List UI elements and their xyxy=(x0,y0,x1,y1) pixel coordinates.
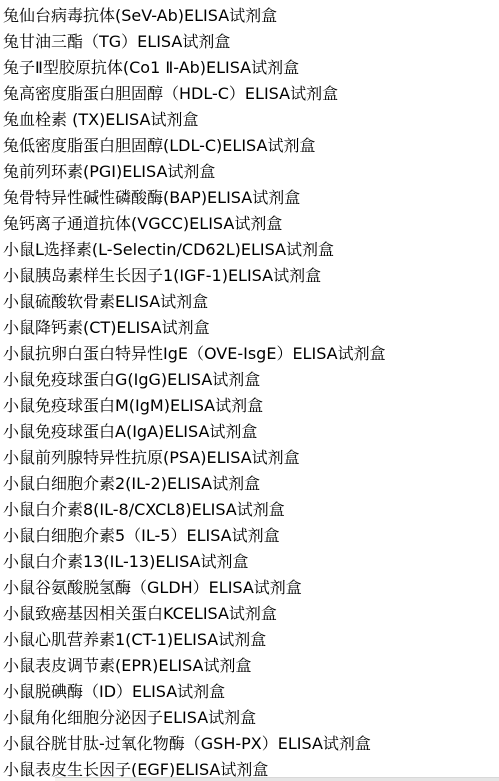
list-item: 小鼠白细胞介素5（IL-5）ELISA试剂盒 xyxy=(3,523,499,549)
product-link[interactable]: 小鼠脱碘酶（ID）ELISA试剂盒 xyxy=(3,682,225,701)
product-link[interactable]: 兔子Ⅱ型胶原抗体(Co1 Ⅱ-Ab)ELISA试剂盒 xyxy=(3,58,299,77)
product-link[interactable]: 小鼠免疫球蛋白M(IgM)ELISA试剂盒 xyxy=(3,396,263,415)
list-item: 小鼠脱碘酶（ID）ELISA试剂盒 xyxy=(3,679,499,705)
product-link[interactable]: 兔血栓素 (TX)ELISA试剂盒 xyxy=(3,110,198,129)
list-item: 小鼠抗卵白蛋白特异性IgE（OVE-IsgE）ELISA试剂盒 xyxy=(3,341,499,367)
product-link[interactable]: 小鼠白介素8(IL-8/CXCL8)ELISA试剂盒 xyxy=(3,500,285,519)
product-link[interactable]: 小鼠前列腺特异性抗原(PSA)ELISA试剂盒 xyxy=(3,448,300,467)
product-list: 兔仙台病毒抗体(SeV-Ab)ELISA试剂盒兔甘油三酯（TG）ELISA试剂盒… xyxy=(0,0,499,781)
product-link[interactable]: 小鼠降钙素(CT)ELISA试剂盒 xyxy=(3,318,210,337)
product-link[interactable]: 兔骨特异性碱性磷酸酶(BAP)ELISA试剂盒 xyxy=(3,188,300,207)
list-item: 小鼠免疫球蛋白M(IgM)ELISA试剂盒 xyxy=(3,393,499,419)
list-item: 小鼠胰岛素样生长因子1(IGF-1)ELISA试剂盒 xyxy=(3,263,499,289)
list-item: 小鼠前列腺特异性抗原(PSA)ELISA试剂盒 xyxy=(3,445,499,471)
product-link[interactable]: 小鼠免疫球蛋白G(IgG)ELISA试剂盒 xyxy=(3,370,260,389)
product-link[interactable]: 兔高密度脂蛋白胆固醇（HDL-C）ELISA试剂盒 xyxy=(3,84,338,103)
list-item: 兔前列环素(PGI)ELISA试剂盒 xyxy=(3,159,499,185)
list-item: 小鼠硫酸软骨素ELISA试剂盒 xyxy=(3,289,499,315)
product-link[interactable]: 小鼠角化细胞分泌因子ELISA试剂盒 xyxy=(3,708,256,727)
list-item: 兔仙台病毒抗体(SeV-Ab)ELISA试剂盒 xyxy=(3,3,499,29)
product-link[interactable]: 小鼠致癌基因相关蛋白KCELISA试剂盒 xyxy=(3,604,277,623)
list-item: 小鼠白细胞介素2(IL-2)ELISA试剂盒 xyxy=(3,471,499,497)
list-item: 兔血栓素 (TX)ELISA试剂盒 xyxy=(3,107,499,133)
horizontal-scrollbar[interactable] xyxy=(55,777,499,781)
list-item: 小鼠谷胱甘肽-过氧化物酶（GSH-PX）ELISA试剂盒 xyxy=(3,731,499,757)
list-item: 兔骨特异性碱性磷酸酶(BAP)ELISA试剂盒 xyxy=(3,185,499,211)
product-link[interactable]: 小鼠心肌营养素1(CT-1)ELISA试剂盒 xyxy=(3,630,266,649)
list-item: 兔高密度脂蛋白胆固醇（HDL-C）ELISA试剂盒 xyxy=(3,81,499,107)
list-item: 兔钙离子通道抗体(VGCC)ELISA试剂盒 xyxy=(3,211,499,237)
list-item: 小鼠白介素13(IL-13)ELISA试剂盒 xyxy=(3,549,499,575)
list-item: 小鼠谷氨酸脱氢酶（GLDH）ELISA试剂盒 xyxy=(3,575,499,601)
product-link[interactable]: 兔仙台病毒抗体(SeV-Ab)ELISA试剂盒 xyxy=(3,6,277,25)
product-link[interactable]: 兔低密度脂蛋白胆固醇(LDL-C)ELISA试剂盒 xyxy=(3,136,315,155)
list-item: 小鼠白介素8(IL-8/CXCL8)ELISA试剂盒 xyxy=(3,497,499,523)
product-link[interactable]: 小鼠免疫球蛋白A(IgA)ELISA试剂盒 xyxy=(3,422,257,441)
list-item: 小鼠免疫球蛋白A(IgA)ELISA试剂盒 xyxy=(3,419,499,445)
list-item: 小鼠表皮调节素(EPR)ELISA试剂盒 xyxy=(3,653,499,679)
list-item: 小鼠角化细胞分泌因子ELISA试剂盒 xyxy=(3,705,499,731)
list-item: 兔低密度脂蛋白胆固醇(LDL-C)ELISA试剂盒 xyxy=(3,133,499,159)
product-link[interactable]: 小鼠硫酸软骨素ELISA试剂盒 xyxy=(3,292,208,311)
list-item: 小鼠免疫球蛋白G(IgG)ELISA试剂盒 xyxy=(3,367,499,393)
product-link[interactable]: 小鼠抗卵白蛋白特异性IgE（OVE-IsgE）ELISA试剂盒 xyxy=(3,344,386,363)
product-link[interactable]: 小鼠谷氨酸脱氢酶（GLDH）ELISA试剂盒 xyxy=(3,578,302,597)
list-item: 兔子Ⅱ型胶原抗体(Co1 Ⅱ-Ab)ELISA试剂盒 xyxy=(3,55,499,81)
product-link[interactable]: 小鼠胰岛素样生长因子1(IGF-1)ELISA试剂盒 xyxy=(3,266,321,285)
list-item: 小鼠致癌基因相关蛋白KCELISA试剂盒 xyxy=(3,601,499,627)
product-link[interactable]: 小鼠白细胞介素2(IL-2)ELISA试剂盒 xyxy=(3,474,260,493)
product-link[interactable]: 兔甘油三酯（TG）ELISA试剂盒 xyxy=(3,32,230,51)
product-link[interactable]: 小鼠表皮调节素(EPR)ELISA试剂盒 xyxy=(3,656,252,675)
list-item: 兔甘油三酯（TG）ELISA试剂盒 xyxy=(3,29,499,55)
product-link[interactable]: 小鼠白细胞介素5（IL-5）ELISA试剂盒 xyxy=(3,526,280,545)
product-link[interactable]: 小鼠谷胱甘肽-过氧化物酶（GSH-PX）ELISA试剂盒 xyxy=(3,734,371,753)
list-item: 小鼠L选择素(L-Selectin/CD62L)ELISA试剂盒 xyxy=(3,237,499,263)
product-link[interactable]: 兔钙离子通道抗体(VGCC)ELISA试剂盒 xyxy=(3,214,282,233)
list-item: 小鼠心肌营养素1(CT-1)ELISA试剂盒 xyxy=(3,627,499,653)
product-link[interactable]: 小鼠白介素13(IL-13)ELISA试剂盒 xyxy=(3,552,248,571)
product-link[interactable]: 兔前列环素(PGI)ELISA试剂盒 xyxy=(3,162,215,181)
list-item: 小鼠降钙素(CT)ELISA试剂盒 xyxy=(3,315,499,341)
product-link[interactable]: 小鼠L选择素(L-Selectin/CD62L)ELISA试剂盒 xyxy=(3,240,334,259)
